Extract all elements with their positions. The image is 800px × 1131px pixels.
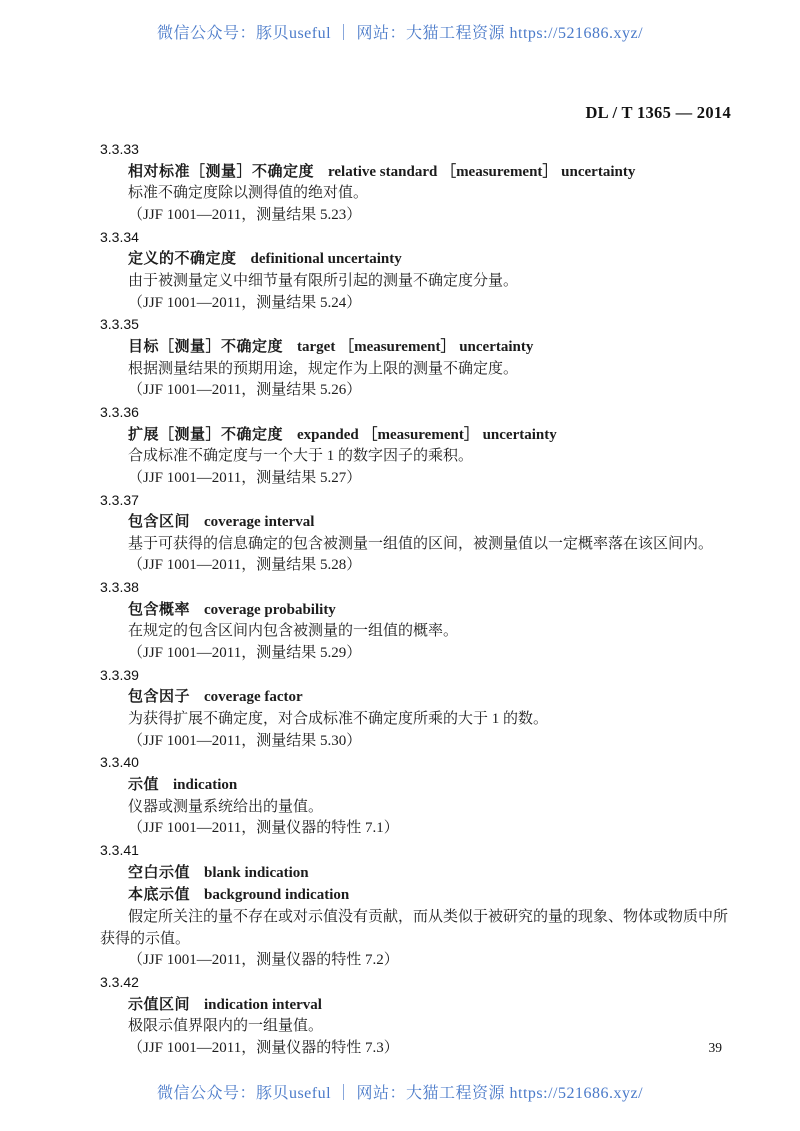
term-english: coverage probability [204,602,336,618]
term-heading: 包含因子coverage factor [100,686,737,709]
source-reference: （JJF 1001—2011，测量仪器的特性 7.3） [100,1038,737,1060]
source-reference: （JJF 1001—2011，测量结果 5.28） [100,555,737,577]
section-number: 3.3.38 [100,577,737,599]
term-heading: 相对标准［测量］不确定度relative standard ［measureme… [100,161,737,184]
sections: 3.3.33相对标准［测量］不确定度relative standard ［mea… [100,139,737,1060]
term-english: indication interval [204,997,322,1013]
section-number: 3.3.34 [100,227,737,249]
definition-text: 由于被测量定义中细节量有限所引起的测量不确定度分量。 [100,271,737,293]
term-section: 3.3.36扩展［测量］不确定度expanded ［measurement］ u… [100,402,737,490]
document-body: 3.3.33相对标准［测量］不确定度relative standard ［mea… [100,139,737,1060]
definition-text: 根据测量结果的预期用途，规定作为上限的测量不确定度。 [100,359,737,381]
source-reference: （JJF 1001—2011，测量结果 5.27） [100,468,737,490]
term-english: background indication [204,887,349,903]
term-section: 3.3.41空白示值blank indication本底示值background… [100,840,737,972]
section-number: 3.3.42 [100,972,737,994]
source-reference: （JJF 1001—2011，测量仪器的特性 7.2） [100,950,737,972]
term-heading: 本底示值background indication [100,884,737,907]
definition-text: 标准不确定度除以测得值的绝对值。 [100,183,737,205]
document-code: DL / T 1365 — 2014 [585,103,731,123]
definition-text: 合成标准不确定度与一个大于 1 的数字因子的乘积。 [100,446,737,468]
source-reference: （JJF 1001—2011，测量仪器的特性 7.1） [100,818,737,840]
section-number: 3.3.35 [100,314,737,336]
section-number: 3.3.41 [100,840,737,862]
term-english: definitional uncertainty [251,251,402,267]
term-heading: 包含概率coverage probability [100,599,737,622]
term-heading: 空白示值blank indication [100,862,737,885]
term-chinese: 本底示值 [128,886,190,903]
term-chinese: 示值 [128,776,159,793]
definition-text: 极限示值界限内的一组量值。 [100,1016,737,1038]
definition-text: 仪器或测量系统给出的量值。 [100,797,737,819]
definition-text: 在规定的包含区间内包含被测量的一组值的概率。 [100,621,737,643]
term-section: 3.3.33相对标准［测量］不确定度relative standard ［mea… [100,139,737,227]
term-heading: 扩展［测量］不确定度expanded ［measurement］ uncerta… [100,424,737,447]
term-section: 3.3.37包含区间coverage interval基于可获得的信息确定的包含… [100,490,737,578]
term-chinese: 包含因子 [128,688,190,705]
term-section: 3.3.39包含因子coverage factor为获得扩展不确定度，对合成标准… [100,665,737,753]
source-reference: （JJF 1001—2011，测量结果 5.23） [100,205,737,227]
watermark-header: 微信公众号：豚贝useful ｜ 网站：大猫工程资源 https://52168… [0,20,800,43]
definition-text: 基于可获得的信息确定的包含被测量一组值的区间，被测量值以一定概率落在该区间内。 [100,534,737,556]
source-reference: （JJF 1001—2011，测量结果 5.29） [100,643,737,665]
section-number: 3.3.39 [100,665,737,687]
source-reference: （JJF 1001—2011，测量结果 5.30） [100,731,737,753]
section-number: 3.3.37 [100,490,737,512]
term-heading: 示值区间indication interval [100,994,737,1017]
term-chinese: 目标［测量］不确定度 [128,338,283,355]
term-english: coverage factor [204,689,303,705]
definition-text: 假定所关注的量不存在或对示值没有贡献，而从类似于被研究的量的现象、物体或物质中所… [100,907,737,950]
term-english: expanded ［measurement］ uncertainty [297,427,557,443]
term-chinese: 包含概率 [128,601,190,618]
term-section: 3.3.42示值区间indication interval极限示值界限内的一组量… [100,972,737,1060]
term-heading: 目标［测量］不确定度target ［measurement］ uncertain… [100,336,737,359]
definition-text: 为获得扩展不确定度，对合成标准不确定度所乘的大于 1 的数。 [100,709,737,731]
term-heading: 示值indication [100,774,737,797]
term-section: 3.3.38包含概率coverage probability在规定的包含区间内包… [100,577,737,665]
term-chinese: 扩展［测量］不确定度 [128,426,283,443]
source-reference: （JJF 1001—2011，测量结果 5.26） [100,380,737,402]
section-number: 3.3.36 [100,402,737,424]
term-english: indication [173,777,237,793]
term-heading: 包含区间coverage interval [100,511,737,534]
term-section: 3.3.40示值indication仪器或测量系统给出的量值。（JJF 1001… [100,752,737,840]
section-number: 3.3.33 [100,139,737,161]
page-number: 39 [709,1040,723,1056]
term-heading: 定义的不确定度definitional uncertainty [100,248,737,271]
watermark-footer: 微信公众号：豚贝useful ｜ 网站：大猫工程资源 https://52168… [0,1080,800,1103]
term-section: 3.3.35目标［测量］不确定度target ［measurement］ unc… [100,314,737,402]
term-english: blank indication [204,865,309,881]
term-chinese: 包含区间 [128,513,190,530]
source-reference: （JJF 1001—2011，测量结果 5.24） [100,293,737,315]
section-number: 3.3.40 [100,752,737,774]
term-chinese: 定义的不确定度 [128,250,237,267]
term-chinese: 示值区间 [128,996,190,1013]
term-english: coverage interval [204,514,314,530]
term-english: target ［measurement］ uncertainty [297,339,533,355]
term-section: 3.3.34定义的不确定度definitional uncertainty由于被… [100,227,737,315]
term-english: relative standard ［measurement］ uncertai… [328,164,635,180]
term-chinese: 空白示值 [128,864,190,881]
term-chinese: 相对标准［测量］不确定度 [128,163,314,180]
